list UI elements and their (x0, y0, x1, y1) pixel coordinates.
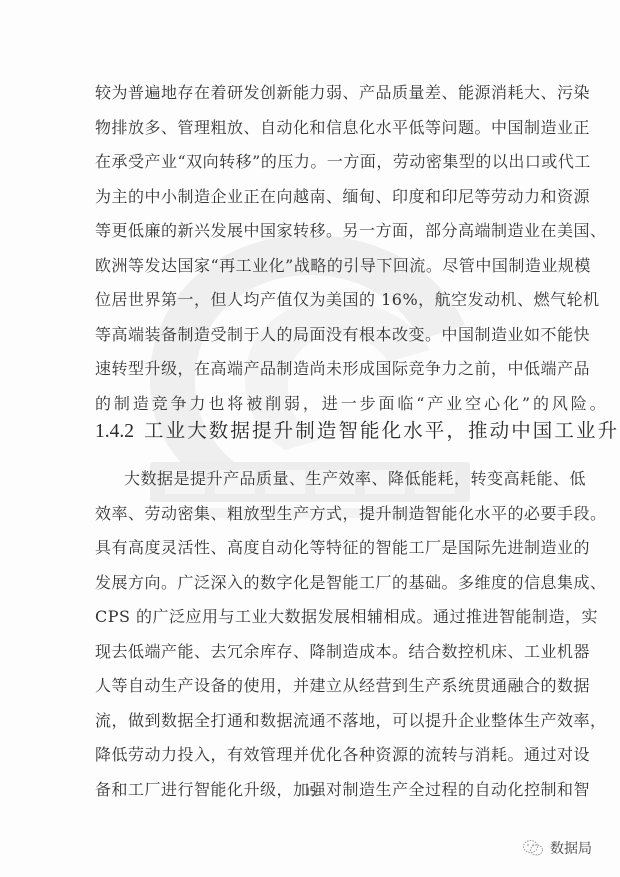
text-line: 具有高度灵活性、高度自动化等特征的智能工厂是国际先进制造业的 (95, 537, 527, 559)
text-line: CPS 的广泛应用与工业大数据发展相辅相成。通过推进智能制造，实 (95, 606, 527, 628)
text-line: 等高端装备制造受制于人的局面没有根本改变。中国制造业如不能快 (95, 324, 527, 346)
text-line: 大数据是提升产品质量、生产效率、降低能耗，转变高耗能、低 (124, 468, 527, 490)
text-line: 在承受产业“双向转移”的压力。一方面，劳动密集型的以出口或代工 (95, 151, 527, 173)
page-number: 15 (300, 784, 322, 799)
text-line: 流，做到数据全打通和数据流通不落地，可以提升企业整体生产效率， (95, 710, 527, 732)
section-title: 工业大数据提升制造智能化水平，推动中国工业升级 (144, 419, 620, 442)
footer-brand: 数据局 (522, 838, 592, 858)
section-heading: 1.4.2工业大数据提升制造智能化水平，推动中国工业升级 (95, 418, 535, 445)
text-line: 为主的中小制造企业正在向越南、缅甸、印度和印尼等劳动力和资源 (95, 186, 527, 208)
text-line: 现去低端产能、去冗余库存、降制造成本。结合数控机床、工业机器 (95, 641, 527, 663)
text-line: 位居世界第一，但人均产值仅为美国的 16%，航空发动机、燃气轮机 (95, 289, 527, 311)
text-line: 欧洲等发达国家“再工业化”战略的引导下回流。尽管中国制造业规模 (95, 255, 527, 277)
text-line: 等更低廉的新兴发展中国家转移。另一方面，部分高端制造业在美国、 (95, 220, 527, 242)
text-line: 较为普遍地存在着研发创新能力弱、产品质量差、能源消耗大、污染 (95, 82, 527, 104)
text-line: 降低劳动力投入，有效管理并优化各种资源的流转与消耗。通过对设 (95, 744, 527, 766)
section-number: 1.4.2 (95, 421, 134, 442)
text-line: 人等自动生产设备的使用，并建立从经营到生产系统贯通融合的数据 (95, 675, 527, 697)
text-line: 物排放多、管理粗放、自动化和信息化水平低等问题。中国制造业正 (95, 117, 527, 139)
brand-name: 数据局 (550, 838, 592, 858)
wechat-icon (522, 839, 544, 857)
text-line: 发展方向。广泛深入的数字化是智能工厂的基础。多维度的信息集成、 (95, 572, 527, 594)
text-line: 效率、劳动密集、粗放型生产方式，提升制造智能化水平的必要手段。 (95, 503, 527, 525)
text-line: 速转型升级，在高端产品制造尚未形成国际竞争力之前，中低端产品 (95, 358, 527, 380)
document-page: 较为普遍地存在着研发创新能力弱、产品质量差、能源消耗大、污染 物排放多、管理粗放… (0, 0, 620, 877)
text-line: 的制造竞争力也将被削弱，进一步面临“产业空心化”的风险。 (95, 393, 527, 415)
